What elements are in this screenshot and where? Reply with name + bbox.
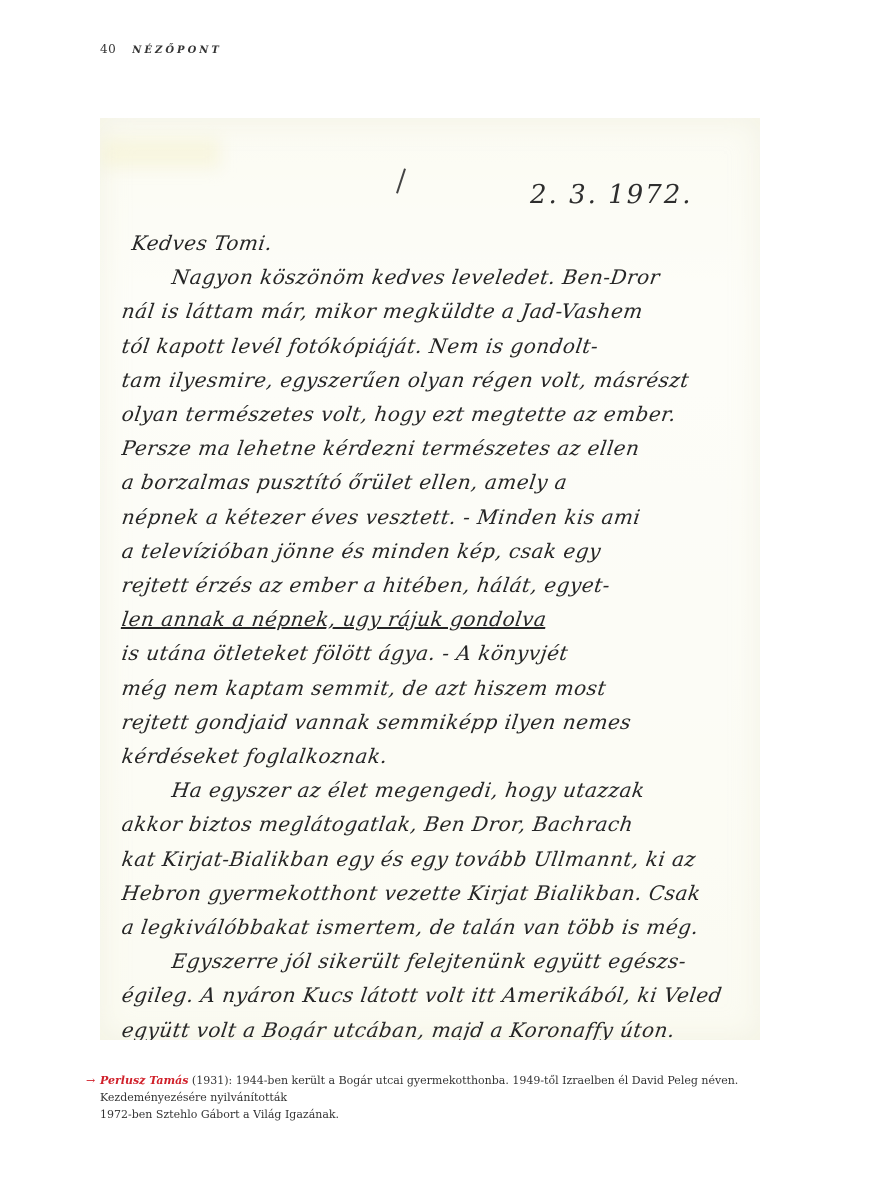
handwritten-letter-image: 2. 3. 1972. Kedves Tomi.Nagyon köszönöm … bbox=[100, 118, 760, 1040]
letter-line: népnek a kétezer éves vesztett. - Minden… bbox=[120, 500, 755, 534]
letter-line: is utána ötleteket fölött ágya. - A köny… bbox=[120, 636, 755, 670]
letter-line: Kedves Tomi. bbox=[120, 226, 755, 260]
letter-line: nál is láttam már, mikor megküldte a Jad… bbox=[120, 294, 755, 328]
letter-line: a legkiválóbbakat ismertem, de talán van… bbox=[120, 910, 755, 944]
letter-line: kérdéseket foglalkoznak. bbox=[120, 739, 755, 773]
arrow-right-icon: → bbox=[86, 1072, 95, 1089]
letter-line: akkor biztos meglátogatlak, Ben Dror, Ba… bbox=[120, 807, 755, 841]
letter-line: rejtett gondjaid vannak semmiképp ilyen … bbox=[120, 705, 755, 739]
footnote-text: (1931): 1944-ben került a Bogár utcai gy… bbox=[100, 1074, 738, 1104]
letter-line: kat Kirjat-Bialikban egy és egy tovább U… bbox=[120, 842, 755, 876]
letter-line: tól kapott levél fotókópiáját. Nem is go… bbox=[120, 329, 755, 363]
letter-line: Nagyon köszönöm kedves leveledet. Ben-Dr… bbox=[120, 260, 755, 294]
pen-mark bbox=[396, 168, 406, 193]
letter-line: Persze ma lehetne kérdezni természetes a… bbox=[120, 431, 755, 465]
running-head: 40 NÉZŐPONT bbox=[100, 42, 222, 56]
letter-line: égileg. A nyáron Kucs látott volt itt Am… bbox=[120, 978, 755, 1012]
letter-line: együtt volt a Bogár utcában, majd a Koro… bbox=[120, 1013, 755, 1040]
letter-body: Kedves Tomi.Nagyon köszönöm kedves level… bbox=[122, 226, 752, 1040]
letter-line: len annak a népnek, ugy rájuk gondolva bbox=[120, 602, 755, 636]
page-number: 40 bbox=[100, 42, 116, 56]
letter-line: a televízióban jönne és minden kép, csak… bbox=[120, 534, 755, 568]
letter-date: 2. 3. 1972. bbox=[530, 180, 693, 210]
letter-line: még nem kaptam semmit, de azt hiszem mos… bbox=[120, 671, 755, 705]
letter-line: a borzalmas pusztító őrület ellen, amely… bbox=[120, 465, 755, 499]
footnote-person-name: Perlusz Tamás bbox=[100, 1074, 188, 1087]
footnote: → Perlusz Tamás (1931): 1944-ben került … bbox=[100, 1072, 840, 1123]
section-title: NÉZŐPONT bbox=[132, 45, 222, 56]
letter-line: olyan természetes volt, hogy ezt megtett… bbox=[120, 397, 755, 431]
letter-line: Hebron gyermekotthont vezette Kirjat Bia… bbox=[120, 876, 755, 910]
letter-line: Ha egyszer az élet megengedi, hogy utazz… bbox=[120, 773, 755, 807]
letter-line: tam ilyesmire, egyszerűen olyan régen vo… bbox=[120, 363, 755, 397]
footnote-text-continued: 1972-ben Sztehlo Gábort a Világ Igazának… bbox=[100, 1108, 339, 1121]
letter-line: Egyszerre jól sikerült felejtenünk együt… bbox=[120, 944, 755, 978]
paper-stain bbox=[100, 138, 220, 168]
letter-line: rejtett érzés az ember a hitében, hálát,… bbox=[120, 568, 755, 602]
